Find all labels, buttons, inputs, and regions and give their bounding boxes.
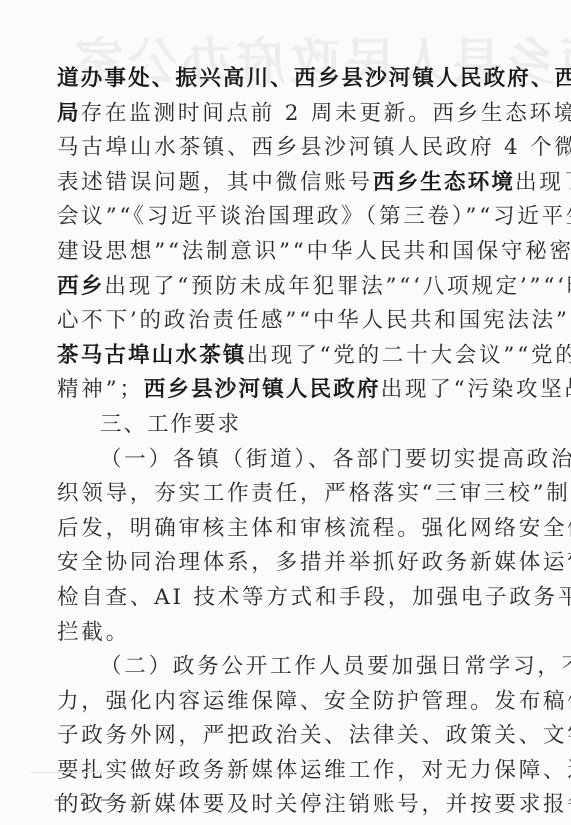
text-line: 后发，明确审核主体和审核流程。强化网络安全保障，健全网络: [57, 512, 527, 547]
text-line: 子政务外网，严把政治关、法律关、政策关、文字关、涉密关。: [57, 719, 527, 754]
text-segment: 的政务新媒体要及时关停注销账号，并按要求报备。: [57, 792, 571, 817]
bold-entity-name: 道办事处、振兴高川、西乡县沙河镇人民政府、西乡县自然资源: [57, 66, 571, 91]
footer-divider: [30, 772, 300, 773]
text-line: 西乡出现了“预防未成年犯罪法”“‘八项规定’”“‘时时放: [57, 270, 527, 305]
text-segment: 出现了“党的二十大会议”“党的二十大报告: [247, 343, 571, 368]
page-number: — 2 —: [54, 790, 118, 808]
text-segment: 拦截。: [57, 620, 130, 645]
text-line: 力，强化内容运维保障、安全防护管理。发布稿件时必须使用电: [57, 685, 527, 720]
text-segment: 织领导，夯实工作责任，严格落实“三审三校”制度，坚持先审: [57, 481, 571, 506]
text-segment: 马古埠山水茶镇、西乡县沙河镇人民政府 4 个微信账号存在严重: [57, 135, 571, 160]
text-segment: 三、工作要求: [100, 412, 241, 437]
text-segment: 安全协同治理体系，多措并举抓好政务新媒体运营管理，通过自: [57, 550, 571, 575]
text-line: 的政务新媒体要及时关停注销账号，并按要求报备。: [57, 788, 527, 823]
text-segment: 出现了“预防未成年犯罪法”“‘八项规定’”“‘时时放: [104, 274, 571, 299]
text-line: 马古埠山水茶镇、西乡县沙河镇人民政府 4 个微信账号存在严重: [57, 131, 527, 166]
text-line: 茶马古埠山水茶镇出现了“党的二十大会议”“党的二十大报告: [57, 339, 527, 374]
text-segment: 出现了“污染攻坚战”。: [381, 377, 571, 402]
text-line: （二）政务公开工作人员要加强日常学习，不断提高工作能: [57, 650, 527, 685]
bold-entity-name: 西乡生态环境: [373, 170, 515, 195]
text-line: 安全协同治理体系，多措并举抓好政务新媒体运营管理，通过自: [57, 546, 527, 581]
bold-entity-name: 西乡县沙河镇人民政府: [144, 377, 381, 402]
text-line: 局存在监测时间点前 2 周未更新。西乡生态环境、法治西乡、茶: [57, 97, 527, 132]
text-segment: （一）各镇（街道）、各部门要切实提高政治站位，加强组: [100, 447, 571, 472]
text-line: 织领导，夯实工作责任，严格落实“三审三校”制度，坚持先审: [57, 477, 527, 512]
bold-entity-name: 局: [57, 101, 81, 126]
text-segment: 力，强化内容运维保障、安全防护管理。发布稿件时必须使用电: [57, 689, 571, 714]
text-line: 心不下’的政治责任感”“中华人民共和国宪法法”“防腐拒变”；: [57, 304, 527, 339]
text-segment: 存在监测时间点前 2 周未更新。西乡生态环境、法治西乡、茶: [81, 101, 571, 126]
document-body: 道办事处、振兴高川、西乡县沙河镇人民政府、西乡县自然资源局存在监测时间点前 2 …: [57, 62, 527, 823]
text-segment: 建设思想”“法制意识”“中华人民共和国保守秘密法”；: [57, 239, 571, 264]
text-line: 拦截。: [57, 616, 527, 651]
text-segment: 子政务外网，严把政治关、法律关、政策关、文字关、涉密关。: [57, 723, 571, 748]
text-segment: 要扎实做好政务新媒体运维工作，对无力保障、达不到指标要求: [57, 758, 571, 783]
text-segment: 心不下’的政治责任感”“中华人民共和国宪法法”“防腐拒变”；: [57, 308, 571, 333]
text-line: 建设思想”“法制意识”“中华人民共和国保守秘密法”；法治: [57, 235, 527, 270]
text-line: 精神”；西乡县沙河镇人民政府出现了“污染攻坚战”。: [57, 373, 527, 408]
bold-entity-name: 茶马古埠山水茶镇: [57, 343, 247, 368]
text-line: 检自查、AI 技术等方式和手段，加强电子政务平台错敏词监测: [57, 581, 527, 616]
text-line: 表述错误问题，其中微信账号西乡生态环境出现了“党的二十大: [57, 166, 527, 201]
text-segment: 精神”；: [57, 377, 144, 402]
text-segment: 检自查、AI 技术等方式和手段，加强电子政务平台错敏词监测: [57, 585, 571, 610]
text-line: 会议”“《习近平谈治国理政》（第三卷）”“习近平生态文明: [57, 200, 527, 235]
bold-entity-name: 西乡: [57, 274, 104, 299]
text-segment: 后发，明确审核主体和审核流程。强化网络安全保障，健全网络: [57, 516, 571, 541]
text-segment: （二）政务公开工作人员要加强日常学习，不断提高工作能: [100, 654, 571, 679]
text-segment: 会议”“《习近平谈治国理政》（第三卷）”“习近平生态文明: [57, 204, 571, 229]
text-segment: 表述错误问题，其中微信账号: [57, 170, 373, 195]
section-heading: 三、工作要求: [57, 408, 527, 443]
text-line: 道办事处、振兴高川、西乡县沙河镇人民政府、西乡县自然资源: [57, 62, 527, 97]
text-line: （一）各镇（街道）、各部门要切实提高政治站位，加强组: [57, 443, 527, 478]
text-segment: 出现了“党的二十大: [515, 170, 571, 195]
